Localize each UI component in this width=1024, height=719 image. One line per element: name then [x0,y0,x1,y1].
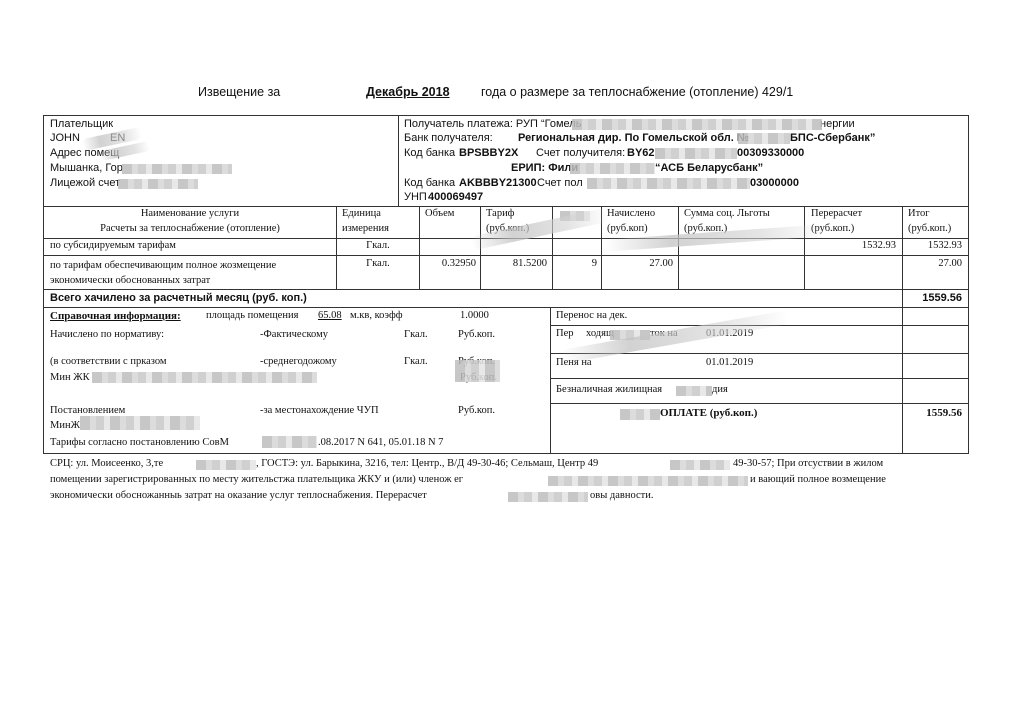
header-divider [43,206,969,207]
row-accrued: 27.00 [602,258,673,269]
norm-actual: -Фактическому [260,329,328,340]
due-label: ОПЛАТЕ (руб.коп.) [660,407,757,419]
footer-line1-c: 49-30-57; При отсуствии в жилом [733,458,883,469]
footer-line3-b: овы давности. [590,490,653,501]
unp-value: 400069497 [428,191,483,203]
header-recalc-1: Перерасчет [811,208,862,219]
bank-code2: AKBBBY21300 [459,177,537,189]
location-label: -за местонахождение ЧУП [260,405,379,416]
bank-code: BPSBBY2X [459,147,518,159]
decree-line2: МинЖ [50,420,80,431]
redaction [118,179,198,189]
bank-suffix: БПС-Сбербанк” [790,132,875,144]
payer-divider [398,115,399,207]
account-suffix: 00309330000 [737,147,804,159]
total-value: 1559.56 [903,292,962,304]
account2-suffix: 03000000 [750,177,799,189]
norm-label: Начислено по нормативу: [50,329,164,340]
account-label: Счет получителя: [536,147,625,159]
redaction [262,436,317,448]
header-volume: Объем [425,208,454,219]
row-tariff: 81.5200 [481,258,547,269]
tariffs-note-suffix: .08.2017 N 641, 05.01.18 N 7 [318,437,443,448]
col-divider [550,307,551,454]
row-total: 1532.93 [903,240,962,251]
row-service: по тарифам обеспечивающим полное жозмеще… [50,258,335,288]
redaction [570,163,655,174]
redaction [122,164,232,174]
notice-label: Извещение за [198,85,280,99]
balance-label-prefix: Пер [556,328,574,339]
penalty-date: 01.01.2019 [706,357,753,368]
payer-address: Мышанка, Гор [50,162,123,174]
reference-title: Справочная информация: [50,310,181,322]
coef-value: 1.0000 [460,310,489,321]
row-divider [550,378,969,379]
unit-gcal: Гкал. [404,329,428,340]
footer-line2-a: помещении зарегистрированных по месту жи… [50,474,463,485]
payee-label: Получатель платежа: РУП “Гомель [404,118,581,130]
decree-line1: Постановлением [50,405,125,416]
row-volume: 0.32950 [420,258,476,269]
erip-label: ЕРИП: Фили [511,162,578,174]
redaction [92,372,317,383]
header-service-1: Наименование услуги [44,208,336,219]
row-divider [43,255,969,256]
header-benefits-1: Сумма соц. Льготы [684,208,770,219]
area-text: площадь помещения [206,310,298,321]
redaction [80,416,200,430]
notice-period: Декабрь 2018 [366,85,450,99]
header-accrued-2: (руб.коп) [607,223,648,234]
header-total-1: Итог [908,208,930,219]
row-divider [550,403,969,404]
total-label: Всего хачилено за расчетный месяц (руб. … [50,292,307,304]
order-line1: (в соответствии с прказом [50,356,167,367]
redaction [196,460,256,470]
subsidy-label-suffix: дия [712,384,728,395]
redaction [655,148,737,159]
bank-label: Банк получателя: [404,132,493,144]
header-unit-2: измерения [342,223,389,234]
bank-code2-label: Код банка [404,177,455,189]
col-divider [678,206,679,289]
order-line2: Мин ЖК [50,372,90,383]
payee-suffix: нергии [820,118,855,130]
row-recalc: 1532.93 [805,240,896,251]
unit-rub: Руб.коп. [458,405,495,416]
payer-name: JOHN [50,132,80,144]
footer-line3-a: экономически обосножанныь затрат на оказ… [50,490,427,501]
row-hidden: 9 [553,258,597,269]
col-divider [419,206,420,289]
header-unit-1: Единица [342,208,381,219]
norm-avg: -среднегодожому [260,356,337,367]
row-total: 27.00 [903,258,962,269]
footer-line1-a: СРЦ: ул. Моисеенко, 3,те [50,458,163,469]
header-accrued-1: Начислено [607,208,655,219]
account-prefix: BY62 [627,147,655,159]
header-tariff-1: Тариф [486,208,515,219]
redaction [508,492,588,502]
redaction [587,178,750,189]
bank-code-label: Код банка [404,147,455,159]
redaction [738,133,790,144]
carry-label: Перенос на дек. [556,310,627,321]
notice-subject: года о размере за теплоснабжение (отопле… [481,85,793,99]
area-unit: м.кв, коэфф [350,310,403,321]
unit-gcal: Гкал. [404,356,428,367]
redaction [676,386,712,396]
subsidy-label-prefix: Безналичная жилищная [556,384,662,395]
header-service-2: Расчеты за теплоснабжение (отопление) [44,223,336,234]
unp-label: УНП [404,191,427,203]
redaction [572,119,822,130]
due-value: 1559.56 [903,407,962,419]
header-total-2: (руб.коп.) [908,223,951,234]
unit-rub: Руб.коп. [458,329,495,340]
redaction [670,460,730,470]
bank-name: Региональная дир. По Гомельской обл. № [518,132,749,144]
redaction [620,409,660,420]
erip-suffix: “АСБ Беларусбанк” [655,162,763,174]
row-unit: Гкал. [337,258,419,269]
tariffs-note-prefix: Тарифы согласно постановлению СовМ [50,437,229,448]
payer-label: Плательщик [50,118,113,130]
redaction [548,476,748,486]
row-service: по субсидируемым тарифам [50,240,176,251]
row-divider [43,289,969,290]
row-divider [43,307,969,308]
row-unit: Гкал. [337,240,419,251]
footer-line1-b: , ГОСТЭ: ул. Барыкина, 3216, тел: Центр.… [256,458,598,469]
payer-account-label: Лицежой счет [50,177,120,189]
area-value: 65.08 [318,310,342,321]
redaction [455,360,500,382]
account2-label: Счет пол [537,177,583,189]
footer-line2-b: и вающий полное возмещение [750,474,886,485]
